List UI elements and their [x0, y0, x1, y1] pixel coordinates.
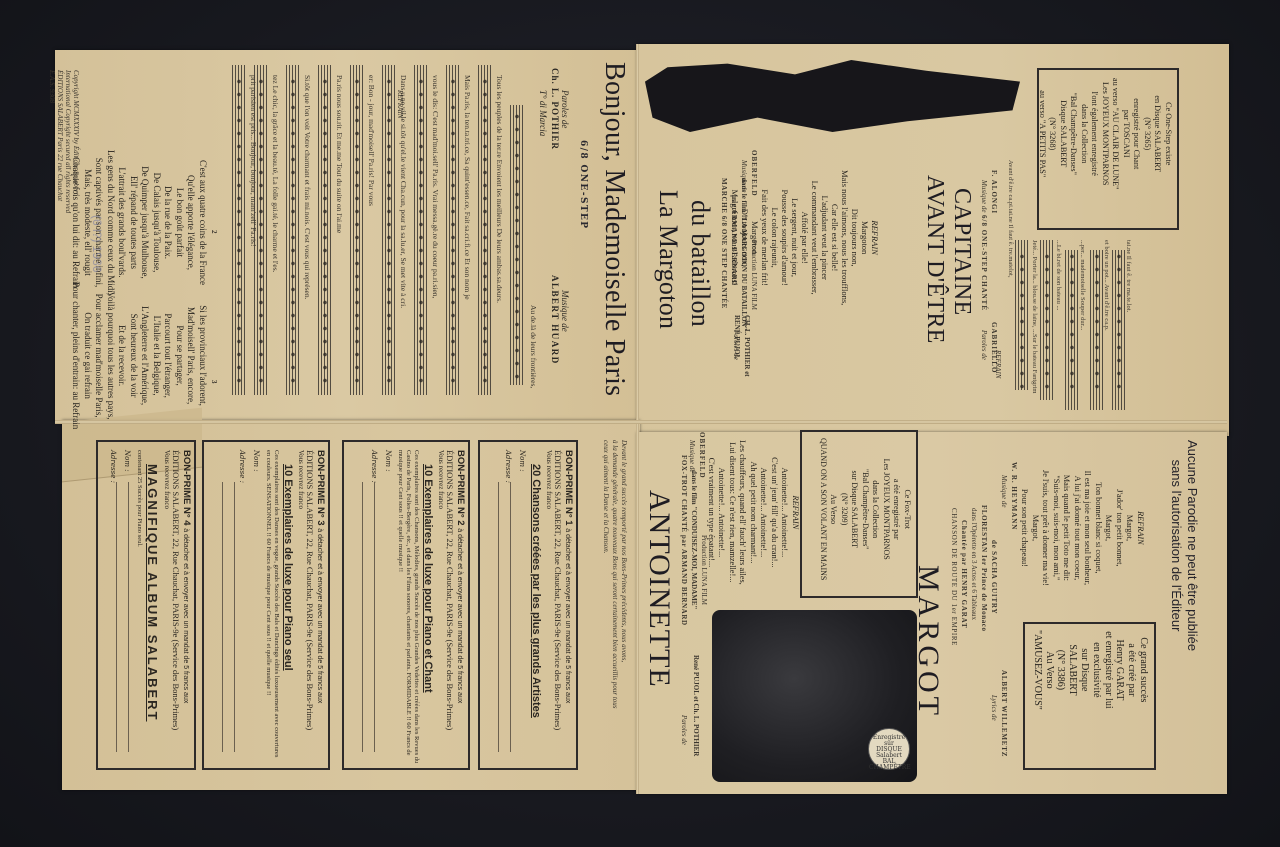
margoton-title-line1: La Margoton: [653, 190, 683, 329]
antoinette-refrain: REFRAINAntoinette!... Antoinette!...C'es…: [706, 440, 801, 585]
refrain-line: "Suis-moi, suis-moi, mon ami,": [1051, 470, 1062, 586]
coupon-bon-prime-2[interactable]: BON-PRIME N° 2 à détacher et à envoyer a…: [342, 440, 470, 770]
refrain-line: Antoinette!... Antoinette!...: [716, 440, 727, 585]
margoton-subtitle: MARCHE 6/8 ONE STEP CHANTÉE: [720, 178, 728, 309]
coupon-text: BON-PRIME N° 4 à détacher et à envoyer a…: [109, 450, 192, 765]
box-line: a été créé par: [1125, 630, 1137, 710]
box-line: Les JOYEUX MONTPARNOS: [881, 438, 892, 580]
bonjour-subtitle: 6/8 ONE-STEP: [578, 140, 588, 229]
box-line: (N° 3268): [1047, 78, 1058, 190]
horizontal-fold: [55, 420, 1227, 424]
parody-notice-line2: sans l'autorisation de l'Éditeur: [1168, 440, 1184, 651]
box-line: l'ont également enregistré: [1089, 78, 1100, 190]
coupon-receive: Vous recevrez franco: [297, 450, 305, 765]
music-notes: [445, 75, 461, 390]
copyright-notice: Copyright MCMXXXIV by Éditions SalabertI…: [48, 70, 80, 213]
coupon-address-field[interactable]: Adresse :: [238, 450, 246, 765]
refrain-line: Le sergent, nuit et jour,: [790, 170, 800, 305]
coupon-offer: 10 Exemplaires de luxe pour Piano et Cha…: [422, 464, 434, 765]
bonjour-words-label: Paroles de: [560, 90, 570, 128]
fill-in-line: [374, 482, 375, 752]
score-lyric-line: Au de.là de leurs frontières,: [529, 305, 538, 388]
avant-words-label: Paroles de: [980, 330, 988, 360]
music-notes: [349, 75, 365, 390]
coupon-address: ÉDITIONS SALABERT, 22, Rue Chauchat, PAR…: [445, 450, 455, 765]
score-lyric-line: er: Bon - jour, mad'moisell' Pa.ris! Par…: [367, 75, 376, 206]
coupon-address: ÉDITIONS SALABERT, 22, Rue Chauchat, PAR…: [171, 450, 181, 765]
verse-line: C'est aux quatre coins de la France: [197, 150, 209, 295]
intro-line: à la demande générale, quatre nouveaux B…: [610, 440, 619, 709]
score-lyric-line: vous le dis: C'est mad'moi.sell' Pa.ris.…: [431, 75, 440, 298]
bonjour-music-by: ALBERT HUARD: [550, 275, 560, 365]
fill-in-line: [234, 482, 235, 752]
box-line: QUAND ON A SON VOLANT EN MAINS: [818, 438, 829, 580]
refrain-line: Le commandant veut l'embrasser,: [810, 170, 820, 305]
verse-line: Mad'moisell' Paris, encore,: [185, 282, 197, 429]
box-line: (N° 3386): [1055, 630, 1067, 710]
score-lyric-line: tai.ne Il faut ê. tre ma.te.lot.: [1125, 240, 1132, 312]
avant-refrain-label: REFRAIN: [994, 350, 1002, 378]
refrain-line: Fait des yeux de merlan frit!: [760, 170, 770, 305]
verse-line: L'Italie et la Belgique,: [151, 282, 163, 429]
refrain-line: Margoton: [750, 170, 760, 305]
refrain-line: Mais nous l'aimons, nous les troufflons,: [840, 170, 850, 305]
author-line: CH. L. POTHIER et: [742, 315, 752, 377]
verse-line: Parcourt tout l'étranger,: [162, 282, 174, 429]
avant-title-line2: CAPITAINE: [948, 188, 975, 315]
coupon-name-field[interactable]: Nom :: [518, 450, 526, 765]
coupon-text: BON-PRIME N° 3 à détacher et à envoyer a…: [238, 450, 326, 765]
verse-line: Le bon goût parfait: [174, 150, 186, 295]
coupon-instruction: à détacher et à envoyer avec un mandat d…: [316, 528, 323, 703]
refrain-line: Dit toujours non,: [740, 170, 750, 305]
music-notes: [317, 75, 333, 390]
refrain-line: Dit toujours non,: [850, 170, 860, 305]
box-line: a été enregistré par: [891, 438, 902, 580]
fill-in-line: [362, 482, 363, 752]
verse-line: Ell' répand de toutes parts: [128, 150, 140, 295]
box-line: Ce Fox-Trot: [902, 438, 913, 580]
vertical-fold: [636, 44, 639, 794]
author-line: RENÉ PUJOL: [732, 315, 742, 377]
refrain-line: Malgré tout, nous l'adorons!: [730, 170, 740, 305]
foxtrot-box-text: Ce Fox-Trota été enregistré parLes JOYEU…: [818, 438, 913, 580]
coupon-bon-prime-3[interactable]: BON-PRIME N° 3 à détacher et à envoyer a…: [202, 440, 330, 770]
bonjour-title: Bonjour, Mademoiselle Paris: [598, 62, 630, 396]
avant-title-line1: AVANT D'ÊTRE: [921, 175, 948, 344]
antoinette-title: ANTOINETTE: [642, 490, 676, 688]
refrain-line: J'ador' ton petit bonnet,: [1114, 470, 1125, 586]
parody-notice: Aucune Parodie ne peut être publiée sans…: [1168, 440, 1200, 651]
handwritten-note: (6 l?) 1936: [90, 215, 104, 272]
box-line: Au Verso: [1043, 630, 1055, 710]
refrain-label: REFRAIN: [790, 440, 801, 585]
verse-line: Pour acclamer mad'moiselle Paris,: [93, 282, 105, 429]
score-lyric-line: Si.tôt que l'on voit Votre charmant et f…: [303, 75, 312, 299]
box-line: (N° 3209): [839, 438, 850, 580]
box-line: "Bal Champêtre-Danses": [860, 438, 871, 580]
music-notes: [381, 75, 397, 390]
box-line: par TOSCANI: [1121, 78, 1132, 190]
intro-line: ceux qui aiment la Danse et la Chanson.: [601, 440, 610, 709]
box-line: enregistré pour Chant: [1131, 78, 1142, 190]
box-line: au verso "AU CLAIR DE LUNE": [1110, 78, 1121, 190]
box-line: dans la Collection: [1079, 78, 1090, 190]
coupon-heading: BON-PRIME N° 3: [315, 450, 326, 528]
bonjour-tempo: T° di Marcia: [538, 90, 548, 136]
refrain-line: L'adjudant veut la pincer: [820, 170, 830, 305]
refrain-label: REFRAIN: [396, 90, 404, 118]
box-line: dans la Collection: [870, 438, 881, 580]
box-line: sur Disque: [1078, 630, 1090, 710]
refrain-line: Le colon rajeunit,: [770, 170, 780, 305]
verse-line: Les gens du Nord comme ceux du Midi,: [105, 150, 117, 295]
box-line: et enregistré par lui: [1102, 630, 1114, 710]
coupon-receive: Vous recevrez franco: [163, 450, 171, 765]
avant-music-label: Musique de: [980, 180, 988, 212]
coupon-description: Ces exemplaires sont des Danses en vogue…: [264, 450, 280, 765]
bonjour-words-by: Ch. L. POTHIER: [550, 68, 560, 150]
bonjour-music-label: Musique de: [560, 290, 570, 332]
margot-lyrics-by: ALBERT WILLEMETZ: [1000, 670, 1008, 757]
margot-author: de SACHA GUITRY: [990, 540, 998, 614]
avant-music-by: F. ALONGI: [990, 170, 998, 214]
avant-subtitle: 6/8 ONE-STEP CHANTÉ: [980, 215, 988, 311]
margoton-words-by: CH. L. POTHIER etRENÉ PUJOL: [732, 315, 752, 377]
copyright-line: ÉDITIONS SALABERT Paris 22 rue Chauchat: [56, 70, 64, 213]
antoinette-words-label: Paroles de: [680, 715, 688, 745]
score-lyric-line: Jeté... Porter la... blou.se de laine, .…: [1031, 240, 1038, 393]
verse-line: Et de la recevoir.: [116, 282, 128, 429]
score-lyric-line: tez Le chic, la grâce et la beau.té, La …: [271, 75, 280, 273]
verse-line: Qu'elle apporte l'élégance,: [185, 150, 197, 295]
music-notes: [1014, 250, 1030, 390]
margoton-refrain: REFRAINMargotonDit toujours non,Mais nou…: [730, 170, 880, 305]
box-line: au verso "A PETITS PAS": [1037, 78, 1048, 190]
fill-in-line: [116, 482, 117, 752]
refrain-line: C'est un' jeun' fill' qu'a du cran!...: [769, 440, 780, 585]
coupon-heading: BON-PRIME N° 1: [563, 450, 574, 528]
score-lyric-line: Pa.ris nous sou.rit. Et me.me Tout du su…: [335, 75, 344, 233]
fill-in-line: [510, 482, 511, 752]
coupon-name-field[interactable]: Nom :: [123, 450, 131, 765]
refrain-line: Pour son petit chapeau!: [1019, 470, 1030, 586]
antoinette-words-by: René PUJOL et Ch. L. POTHIER: [692, 655, 700, 756]
coupon-receive: Vous recevrez franco: [437, 450, 445, 765]
coupon-text: BON-PRIME N° 1 à détacher et à envoyer a…: [504, 450, 574, 765]
coupon-offer: 10 Exemplaires de luxe pour Piano seul: [282, 464, 294, 765]
margot-operetta-title: FLORESTAN Ier Prince de Monaco: [980, 505, 988, 632]
score-lyric-line: Mais Pa.ris, la ten.ta.tri.ce, Sa quint'…: [463, 75, 472, 300]
score-lyric-line: ...per... mademoiselle Souper dur...: [1079, 240, 1086, 330]
verse-line: Sont heureux de la voir: [128, 282, 140, 429]
antoinette-film: dans le film "CONDUISEZ-MOI, MADAME": [690, 470, 698, 609]
box-line: (N° 3265): [1142, 78, 1153, 190]
garat-box: Ce grand succèsa été créé parHenry GARAT…: [1023, 622, 1156, 770]
copyright-line: Copyright MCMXXXIV by Éditions Salabert: [72, 70, 80, 213]
coupon-description: contenant 25 Succès pour Piano seul.: [135, 450, 143, 765]
copyright-line: E.A.S. 9308: [48, 70, 56, 213]
verse-line: Pour chanter, pleins d'entrain: au Refra…: [70, 282, 82, 429]
verse-line: Voilà pourquoi tous les autres pays,: [105, 282, 117, 429]
coupon-receive: Vous recevrez franco: [545, 450, 553, 765]
box-line: en Disque SALABERT: [1152, 78, 1163, 190]
antoinette-music-label: Musique de: [688, 440, 696, 472]
box-line: Les JOYEUX MONTPARNOS: [1100, 78, 1111, 190]
antoinette-subtitle: FOX-TROT CHANTÉ par ARMAND BERNARD: [680, 455, 688, 626]
coupon-instruction: à détacher et à envoyer avec un mandat d…: [182, 528, 189, 703]
refrain-line: Les chauffeurs, quand ell' fauch' leurs …: [737, 440, 748, 585]
coupon-bon-prime-4[interactable]: BON-PRIME N° 4 à détacher et à envoyer a…: [96, 440, 196, 770]
refrain-line: Car elle est si belle!: [830, 170, 840, 305]
coupon-instruction: à détacher et à envoyer avec un mandat d…: [456, 528, 463, 703]
salabert-box-top: Ce One-Step existeen Disque SALABERT(N° …: [1037, 68, 1179, 230]
verse-line: Si les provinciaux l'adorent,: [197, 282, 209, 429]
box-line: Ce grand succès: [1137, 630, 1149, 710]
copyright-line: International Copyright secured all righ…: [64, 70, 72, 213]
garat-box-text: Ce grand succèsa été créé parHenry GARAT…: [1031, 630, 1149, 710]
refrain-line: Antoinette!... Antoinette!...: [758, 440, 769, 585]
bons-primes-intro: Devant le grand succès remporté par nos …: [601, 440, 628, 709]
box-line: sur Disque SALABERT: [849, 438, 860, 580]
coupon-heading: BON-PRIME N° 2: [455, 450, 466, 528]
refrain-line: Margoton: [860, 170, 870, 305]
fill-in-line: [498, 482, 499, 752]
refrain-line: Pousse des soupirs d'amour!: [780, 170, 790, 305]
verse-line: De la rue de la Paix.: [162, 150, 174, 295]
coupon-name-field[interactable]: Nom :: [384, 450, 392, 765]
coupon-heading: BON-PRIME N° 4: [181, 450, 192, 528]
intro-line: Devant le grand succès remporté par nos …: [619, 440, 628, 709]
coupon-text: BON-PRIME N° 2 à détacher et à envoyer a…: [370, 450, 466, 765]
refrain-label: REFRAIN: [1135, 470, 1146, 586]
fill-in-line: [222, 482, 223, 752]
coupon-description: Ces exemplaires sont des Chansons, Mélod…: [396, 450, 420, 765]
verse-line: Pour se partager,: [174, 282, 186, 429]
disque-salabert-stamp: EnregistrésurDISQUESalabertBAL CHAMPÊTRE: [868, 728, 910, 770]
verse-line: L'Angleterre et l'Amérique,: [139, 282, 151, 429]
stamp-line: BAL CHAMPÊTRE: [869, 759, 909, 771]
verse-line: De Calais jusqu'à Toulouse,: [151, 150, 163, 295]
margot-title: MARGOT: [911, 565, 945, 719]
score-lyric-line: prit parisien est pris... Bonjour, bonjo…: [249, 75, 258, 246]
refrain-line: Il est ma joie et mon seul bonheur,: [1082, 470, 1093, 586]
coupon-address: ÉDITIONS SALABERT, 22, Rue Chauchat, PAR…: [553, 450, 563, 765]
music-notes: [413, 75, 429, 390]
box-line: Ce One-Step existe: [1163, 78, 1174, 190]
margot-lyrics-label: Lyrics de: [990, 695, 998, 721]
verse-line: L'attrait des grands boul'vards.: [116, 150, 128, 295]
refrain-line: Je l'suis, tout prêt à donner ma vie!: [1040, 470, 1051, 586]
verse2-number: 2: [210, 230, 218, 234]
parody-notice-line1: Aucune Parodie ne peut être publiée: [1184, 440, 1200, 651]
verse-line: On traduit ce gai refrain: [82, 282, 94, 429]
verse3-number: 3: [210, 380, 218, 384]
refrain-line: Ton bonnet blanc si coquet,: [1093, 470, 1104, 586]
coupon-instruction: à détacher et à envoyer avec un mandat d…: [564, 528, 571, 703]
refrain-label: REFRAIN: [870, 170, 880, 305]
box-line: en exclusivité: [1090, 630, 1102, 710]
box-line: Disque SALABERT: [1058, 78, 1069, 190]
margot-refrain: REFRAINMargot,J'ador' ton petit bonnet,M…: [1019, 470, 1145, 586]
coupon-bon-prime-1[interactable]: BON-PRIME N° 1 à détacher et à envoyer a…: [478, 440, 578, 770]
refrain-line: A lui j'ai donné tout mon coeur,: [1072, 470, 1083, 586]
music-notes: [477, 75, 493, 390]
refrain-line: Margot,: [1103, 470, 1114, 586]
refrain-line: Margot,: [1030, 470, 1041, 586]
music-notes: [1064, 250, 1080, 390]
coupon-offer: 20 Chansons créées par les plus grands A…: [530, 464, 542, 765]
score-lyric-line: et boire un pot... Avant d'ê.tre ca.p.: [1103, 240, 1110, 331]
refrain-line: Mais quand le petit Toto me dit:: [1061, 470, 1072, 586]
coupon-name-field[interactable]: Nom :: [252, 450, 260, 765]
refrain-line: Ah quel petit nom charmant!...: [748, 440, 759, 585]
music-notes: [231, 75, 247, 390]
margot-subtitle: CHANSON DE ROUTE DU 1er EMPIRE: [950, 508, 958, 646]
music-notes: [509, 110, 525, 380]
score-lyric-line: Tous les peuples de la ter.re Envoient l…: [495, 75, 504, 303]
refrain-line: Margot,: [1124, 470, 1135, 586]
music-notes: [1039, 250, 1055, 390]
box-line: "Bal Champêtre-Danses": [1068, 78, 1079, 190]
refrain-line: Lui disent tous: Ce n'est rien, mamzelle…: [727, 440, 738, 585]
refrain-line: Antoinette!... Antoinette!...: [779, 440, 790, 585]
verse-line: De Quimper jusqu'à Mulhouse,: [139, 150, 151, 295]
margot-music-by: W. R. HEYMANN: [1010, 462, 1018, 530]
margot-sung-by: Chantée par HENRY GARAT: [960, 520, 968, 628]
salabert-box-top-text: Ce One-Step existeen Disque SALABERT(N° …: [1037, 78, 1174, 190]
refrain-line: Affolé par elle!: [800, 170, 810, 305]
box-line: "AMUSEZ-VOUS": [1031, 630, 1043, 710]
refrain-line: C'est vraiment un type épatant!...: [706, 440, 717, 585]
box-line: Henry GARAT: [1114, 630, 1126, 710]
coupon-address: ÉDITIONS SALABERT, 22, Rue Chauchat, PAR…: [305, 450, 315, 765]
score-lyric-line: Avant d'ê.tre ca.pi.tai.ne Il faut ê. tr…: [1007, 160, 1014, 277]
foxtrot-box: Ce Fox-Trota été enregistré parLes JOYEU…: [800, 430, 918, 598]
score-lyric-line: ...Le bi.ret de son bateau ...: [1055, 240, 1062, 310]
fill-in-line: [128, 482, 129, 752]
coupon-offer: MAGNIFIQUE ALBUM SALABERT: [145, 464, 160, 765]
box-line: SALABERT: [1066, 630, 1078, 710]
verse3: Si les provinciaux l'adorent,Mad'moisell…: [70, 282, 208, 429]
music-notes: [285, 75, 301, 390]
margot-music-label: Musique de: [1000, 475, 1008, 507]
margoton-title-line2: du bataillon: [685, 200, 715, 327]
margot-operetta: dans l'Opérette en 3 Actes et 6 Tableaux: [970, 508, 978, 620]
box-line: Au Verso: [828, 438, 839, 580]
